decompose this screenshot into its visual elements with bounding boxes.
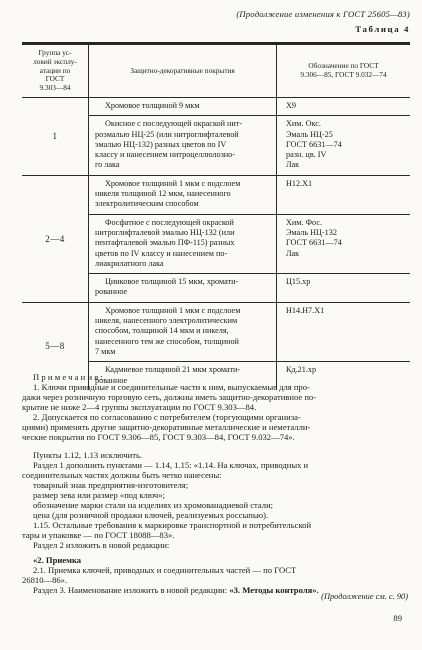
col-header-designation: Обозначение по ГОСТ 9.306—85, ГОСТ 9.032… <box>276 45 410 98</box>
amendment-text: Примечания: 1. Ключи приводные и соедини… <box>22 372 410 595</box>
heading-acceptance: «2. Приемка <box>22 555 410 565</box>
table-cell-designation: Х9 <box>276 98 410 116</box>
col-header-group: Группа ус- ловий эксплу- атации по ГОСТ … <box>22 45 88 98</box>
paragraph-section1-addition: Раздел 1 дополнить пунктами — 1.14, 1.15… <box>22 460 410 480</box>
table-cell-coating: Окисное с последующей окраской нит- роэм… <box>88 116 276 175</box>
notes-label: Примечания: <box>22 372 410 382</box>
note-item-2: 2. Допускается по согласованию с потреби… <box>22 412 410 442</box>
table-cell-designation: Н14.Н7.Х1 <box>276 303 410 362</box>
coatings-table: Группа ус- ловий эксплу- атации по ГОСТ … <box>22 42 410 390</box>
section3-methods-title: «3. Методы контроля». <box>229 585 318 595</box>
table-cell-coating: Хромовое толщиной 1 мкм с подслоем никел… <box>88 303 276 362</box>
list-item-price: цена (для розничной продажи ключей, реал… <box>22 510 410 520</box>
table-cell-coating: Фосфатное с последующей окраской нитрогл… <box>88 215 276 274</box>
table-cell-coating: Цинковое толщиной 15 мкм, хромати- рован… <box>88 274 276 303</box>
group-cell-2-4: 2—4 <box>22 176 88 303</box>
table-cell-designation: Ц15.хр <box>276 274 410 303</box>
table-cell-designation: Н12.Х1 <box>276 176 410 215</box>
document-page: (Продолжение изменения к ГОСТ 25605—83) … <box>0 0 422 650</box>
table-cell-coating: Хромовое толщиной 9 мкм <box>88 98 276 116</box>
paragraph-clause-115: 1.15. Остальные требования к маркировке … <box>22 520 410 540</box>
col-header-coating: Защитно-декоративные покрытия <box>88 45 276 98</box>
group-cell-1: 1 <box>22 98 88 176</box>
table-caption: Таблица 4 <box>355 24 410 34</box>
page-number: 89 <box>393 613 402 623</box>
table-cell-coating: Хромовое толщиной 1 мкм с подслоем никел… <box>88 176 276 215</box>
list-item-steel-grade: обозначение марки стали на изделиях из х… <box>22 500 410 510</box>
table-cell-designation: Хим. Фос. Эмаль НЦ-132 ГОСТ 6631—74 Лак <box>276 215 410 274</box>
paragraph-section2-revision: Раздел 2 изложить в новой редакции: <box>22 540 410 550</box>
section3-text: Раздел 3. Наименование изложить в новой … <box>33 585 229 595</box>
list-item-trademark: товарный знак предприятия-изготовителя; <box>22 480 410 490</box>
paragraph-clause-21: 2.1. Приемка ключей, приводных и соедини… <box>22 565 410 585</box>
note-item-1: 1. Ключи приводные и соединительные част… <box>22 382 410 412</box>
list-item-jaw-size: размер зева или размер «под ключ»; <box>22 490 410 500</box>
table-cell-designation: Хим. Окс. Эмаль НЦ-25 ГОСТ 6631—74 разн.… <box>276 116 410 175</box>
continuation-footnote: (Продолжение см. с. 90) <box>321 592 408 601</box>
paragraph-exclude-clauses: Пункты 1.12, 1.13 исключить. <box>22 450 410 460</box>
continuation-header: (Продолжение изменения к ГОСТ 25605—83) <box>236 9 410 19</box>
